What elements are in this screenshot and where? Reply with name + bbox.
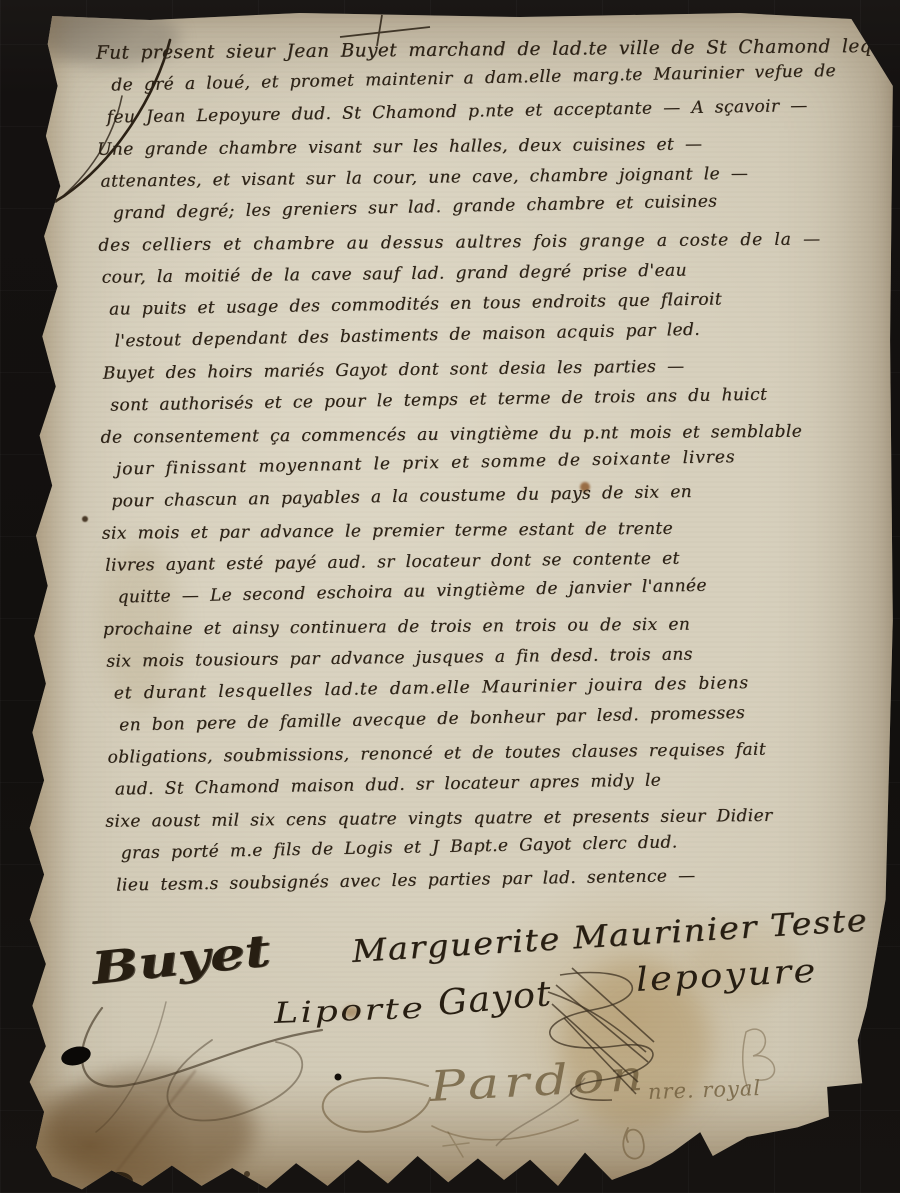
signature-liporte: Liporte [273,991,426,1030]
dark-speck [82,516,88,522]
manuscript-line: Une grande chambre visant sur les halles… [97,127,870,166]
manuscript-line: des celliers et chambre au dessus aultre… [98,223,871,262]
manuscript-line: prochaine et ainsy continuera de trois e… [103,607,876,646]
bottom-edge-discoloration [0,1060,900,1193]
manuscript-line: six mois et par advance le premier terme… [102,511,875,550]
manuscript-paper-sheet: Fut present sieur Jean Buyet marchand de… [0,0,900,1193]
manuscript-text: Fut present sieur Jean Buyet marchand de… [99,28,879,901]
photograph-of-manuscript: Fut present sieur Jean Buyet marchand de… [0,0,900,1193]
left-edge-shadow [20,0,80,1193]
